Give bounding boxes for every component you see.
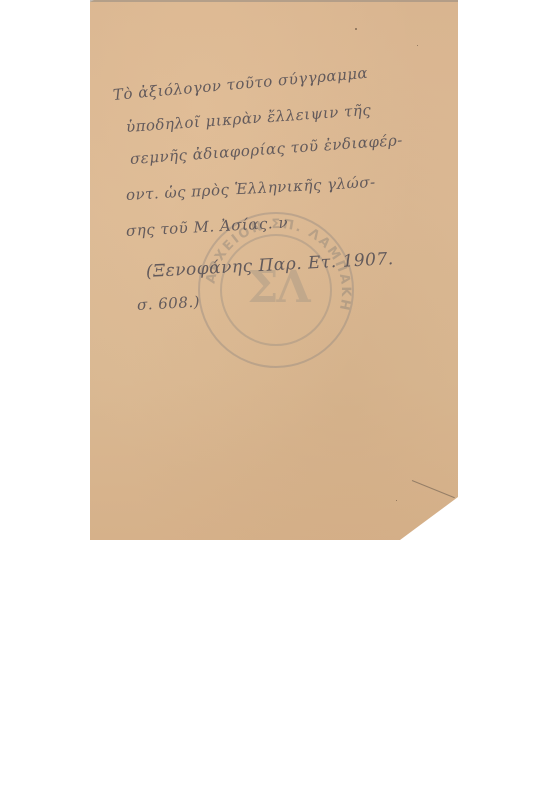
paper-speck	[417, 45, 418, 46]
page-top-edge	[90, 0, 458, 2]
paper-speck	[396, 500, 397, 501]
archive-stamp: ΑΡΧΕΙΟΝ ΣΠ. ΛΑΜΠΑΚΗ ΣΛ	[198, 212, 354, 368]
document-viewer: ΑΡΧΕΙΟΝ ΣΠ. ΛΑΜΠΑΚΗ ΣΛ Τὸ ἀξιόλογον τοῦτ…	[0, 0, 549, 800]
handwritten-citation-page: σ. 608.)	[137, 293, 201, 314]
paper-speck	[355, 28, 357, 30]
stamp-inner-ring: ΣΛ	[220, 234, 332, 346]
